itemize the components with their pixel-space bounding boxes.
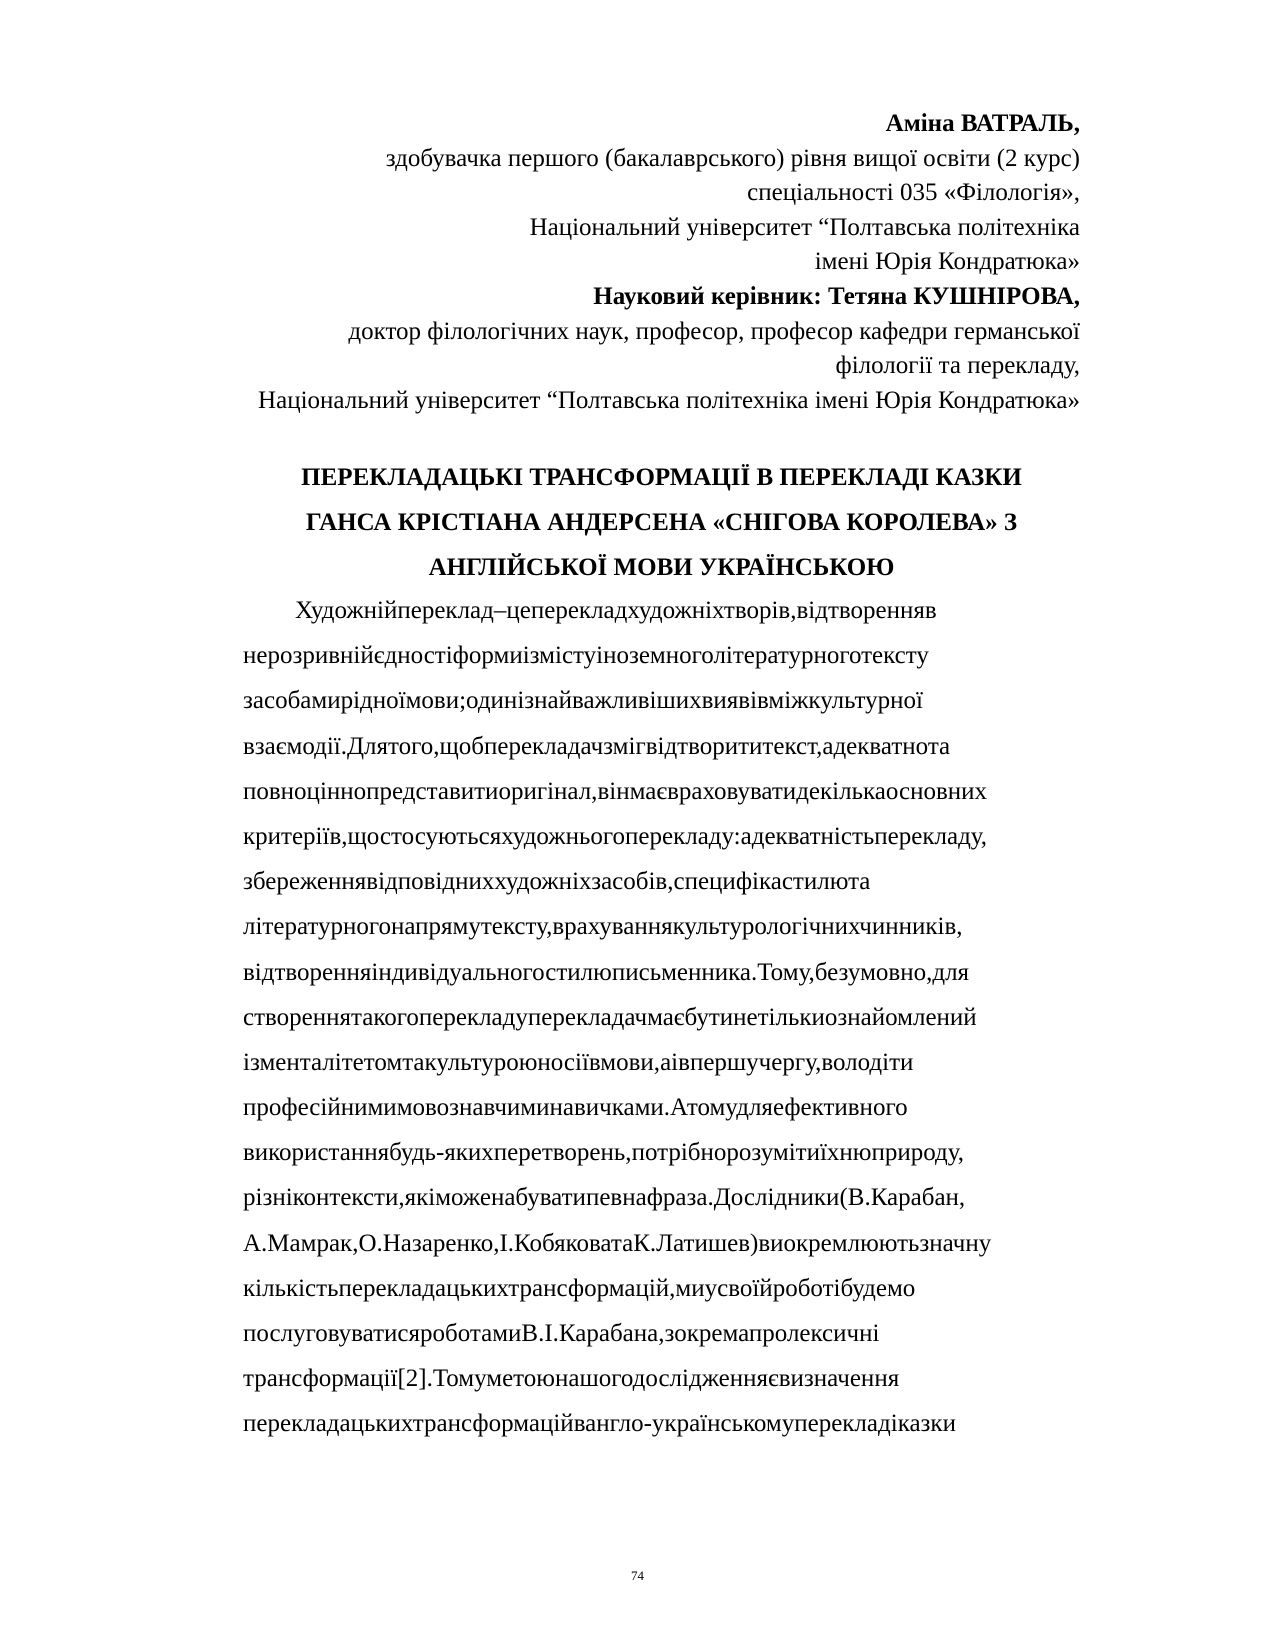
body-line: засобамирідноїмови;одинізнайважливішихви…	[243, 678, 1080, 723]
body-line: повноціннопредставитиоригінал,вінмаєврах…	[243, 769, 1080, 814]
document-page: Аміна ВАТРАЛЬ, здобувачка першого (бакал…	[0, 0, 1275, 1650]
title-line: АНГЛІЙСЬКОЇ МОВИ УКРАЇНСЬКОЮ	[243, 545, 1080, 590]
author-name: Аміна ВАТРАЛЬ,	[258, 107, 1080, 142]
body-line: відтворенняіндивідуальногостилюписьменни…	[243, 950, 1080, 995]
body-line: нерозривнійєдностіформиізмістуіноземного…	[243, 633, 1080, 678]
supervisor-university: Національний університет “Полтавська пол…	[258, 384, 1080, 419]
title-line: ПЕРЕКЛАДАЦЬКІ ТРАНСФОРМАЦІЇ В ПЕРЕКЛАДІ …	[243, 455, 1080, 500]
author-specialty: спеціальності 035 «Філологія»,	[258, 176, 1080, 211]
body-line: взаємодії.Длятого,щобперекладачзмігвідтв…	[243, 724, 1080, 769]
body-line: професійнимимовознавчиминавичками.Атомуд…	[243, 1085, 1080, 1130]
body-line: ізменталітетомтакультуроюносіївмови,аівп…	[243, 1040, 1080, 1085]
body-paragraph: Художнійпереклад–цеперекладхудожніхтворі…	[243, 588, 1080, 1447]
body-line: літературногонапрямутексту,врахуваннякул…	[243, 904, 1080, 949]
author-university-line2: імені Юрія Кондратюка»	[258, 245, 1080, 280]
body-line: різніконтексти,якіможенабуватипевнафраза…	[243, 1175, 1080, 1220]
body-line: перекладацькихтрансформаційвангло-україн…	[243, 1401, 1080, 1446]
author-university-line1: Національний університет “Полтавська пол…	[258, 211, 1080, 246]
article-title: ПЕРЕКЛАДАЦЬКІ ТРАНСФОРМАЦІЇ В ПЕРЕКЛАДІ …	[243, 455, 1080, 590]
title-line: ГАНСА КРІСТІАНА АНДЕРСЕНА «СНІГОВА КОРОЛ…	[243, 500, 1080, 545]
body-line: А.Мамрак,О.Назаренко,І.КобяковатаК.Латиш…	[243, 1221, 1080, 1266]
body-line: Художнійпереклад–цеперекладхудожніхтворі…	[243, 588, 1080, 633]
body-line: кількістьперекладацькихтрансформацій,миу…	[243, 1266, 1080, 1311]
supervisor-title-line1: доктор філологічних наук, професор, проф…	[258, 315, 1080, 350]
author-status: здобувачка першого (бакалаврського) рівн…	[258, 142, 1080, 177]
author-block: Аміна ВАТРАЛЬ, здобувачка першого (бакал…	[258, 107, 1080, 418]
body-line: послуговуватисяроботамиВ.І.Карабана,зокр…	[243, 1311, 1080, 1356]
supervisor-title-line2: філології та перекладу,	[258, 349, 1080, 384]
body-line: використаннябудь-якихперетворень,потрібн…	[243, 1130, 1080, 1175]
page-number: 74	[0, 1568, 1275, 1584]
body-line: критеріїв,щостосуютьсяхудожньогопереклад…	[243, 814, 1080, 859]
supervisor-name: Науковий керівник: Тетяна КУШНІРОВА,	[258, 280, 1080, 315]
body-line: трансформації[2].Томуметоюнашогодослідже…	[243, 1356, 1080, 1401]
body-line: збереженнявідповідниххудожніхзасобів,спе…	[243, 859, 1080, 904]
body-line: створеннятакогоперекладуперекладачмаєбут…	[243, 995, 1080, 1040]
